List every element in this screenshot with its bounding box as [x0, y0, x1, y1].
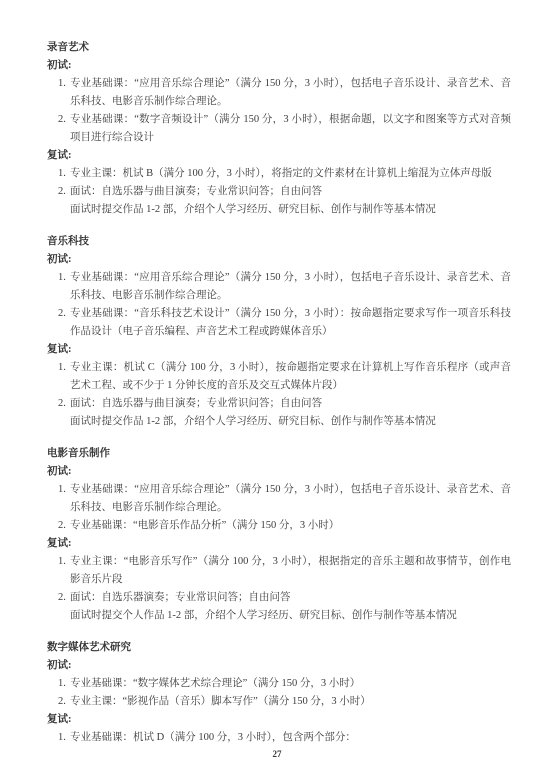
- phase-label: 初试:: [47, 251, 511, 269]
- list-item: 2. 面试：自选乐器演奏；专业常识问答；自由问答: [58, 589, 511, 607]
- item-note: 面试时提交作品 1-2 部，介绍个人学习经历、研究目标、创作与制作等基本情况: [70, 413, 511, 431]
- item-text: 专业基础课：“应用音乐综合理论”（满分 150 分，3 小时），包括电子音乐设计…: [70, 481, 511, 517]
- phase-label: 复试:: [47, 341, 511, 359]
- phase-block-preliminary: 初试: 1. 专业基础课：“数字媒体艺术综合理论”（满分 150 分，3 小时）…: [47, 657, 511, 711]
- phase-block-retest: 复试: 1. 专业基础课：机试 D（满分 100 分，3 小时），包含两个部分：: [47, 711, 511, 747]
- item-text: 面试：自选乐器与曲目演奏；专业常识问答；自由问答: [70, 183, 511, 201]
- item-text: 专业基础课：“应用音乐综合理论”（满分 150 分，3 小时），包括电子音乐设计…: [70, 269, 511, 305]
- list-item: 2. 专业基础课：“数字音频设计”（满分 150 分，3 小时），根据命题，以文…: [58, 111, 511, 147]
- list-item: 1. 专业基础课：“数字媒体艺术综合理论”（满分 150 分，3 小时）: [58, 675, 511, 693]
- item-number: 1.: [58, 359, 70, 395]
- list-item: 2. 专业主课：“影视作品（音乐）脚本写作”（满分 150 分，3 小时）: [58, 693, 511, 711]
- item-number: 1.: [58, 269, 70, 305]
- item-number: 2.: [58, 183, 70, 201]
- phase-block-preliminary: 初试: 1. 专业基础课：“应用音乐综合理论”（满分 150 分，3 小时），包…: [47, 463, 511, 535]
- list-item: 2. 专业基础课：“音乐科技艺术设计”（满分 150 分，3 小时）：按命题指定…: [58, 305, 511, 341]
- phase-label: 初试:: [47, 657, 511, 675]
- section-film-music-production: 电影音乐制作 初试: 1. 专业基础课：“应用音乐综合理论”（满分 150 分，…: [47, 445, 511, 625]
- item-number: 1.: [58, 675, 70, 693]
- item-number: 2.: [58, 517, 70, 535]
- item-number: 1.: [58, 481, 70, 517]
- item-number: 1.: [58, 75, 70, 111]
- item-number: 2.: [58, 589, 70, 607]
- item-number: 2.: [58, 305, 70, 341]
- list-item: 1. 专业基础课：“应用音乐综合理论”（满分 150 分，3 小时），包括电子音…: [58, 75, 511, 111]
- item-text: 专业基础课：“应用音乐综合理论”（满分 150 分，3 小时），包括电子音乐设计…: [70, 75, 511, 111]
- item-number: 2.: [58, 111, 70, 147]
- phase-block-retest: 复试: 1. 专业主课：“电影音乐写作”（满分 100 分，3 小时），根据指定…: [47, 535, 511, 625]
- item-text: 专业主课：“影视作品（音乐）脚本写作”（满分 150 分，3 小时）: [70, 693, 511, 711]
- item-number: 1.: [58, 165, 70, 183]
- phase-block-preliminary: 初试: 1. 专业基础课：“应用音乐综合理论”（满分 150 分，3 小时），包…: [47, 57, 511, 147]
- list-item: 1. 专业基础课：机试 D（满分 100 分，3 小时），包含两个部分：: [58, 729, 511, 747]
- phase-block-retest: 复试: 1. 专业主课：机试 B（满分 100 分，3 小时），将指定的文件素材…: [47, 147, 511, 219]
- item-text: 面试：自选乐器与曲目演奏；专业常识问答；自由问答: [70, 395, 511, 413]
- list-item: 1. 专业主课：机试 B（满分 100 分，3 小时），将指定的文件素材在计算机…: [58, 165, 511, 183]
- list-item: 2. 面试：自选乐器与曲目演奏；专业常识问答；自由问答: [58, 395, 511, 413]
- item-number: 1.: [58, 553, 70, 589]
- phase-label: 初试:: [47, 57, 511, 75]
- list-item: 1. 专业主课：机试 C（满分 100 分，3 小时），按命题指定要求在计算机上…: [58, 359, 511, 395]
- item-text: 专业基础课：“音乐科技艺术设计”（满分 150 分，3 小时）：按命题指定要求写…: [70, 305, 511, 341]
- item-text: 专业基础课：机试 D（满分 100 分，3 小时），包含两个部分：: [70, 729, 511, 747]
- item-text: 专业基础课：“数字媒体艺术综合理论”（满分 150 分，3 小时）: [70, 675, 511, 693]
- list-item: 1. 专业主课：“电影音乐写作”（满分 100 分，3 小时），根据指定的音乐主…: [58, 553, 511, 589]
- item-text: 专业基础课：“电影音乐作品分析”（满分 150 分，3 小时）: [70, 517, 511, 535]
- section-title: 录音艺术: [47, 39, 511, 57]
- list-item: 2. 面试：自选乐器与曲目演奏；专业常识问答；自由问答: [58, 183, 511, 201]
- section-digital-media-art-research: 数字媒体艺术研究 初试: 1. 专业基础课：“数字媒体艺术综合理论”（满分 15…: [47, 639, 511, 747]
- section-title: 数字媒体艺术研究: [47, 639, 511, 657]
- section-title: 电影音乐制作: [47, 445, 511, 463]
- section-recording-arts: 录音艺术 初试: 1. 专业基础课：“应用音乐综合理论”（满分 150 分，3 …: [47, 39, 511, 219]
- item-number: 1.: [58, 729, 70, 747]
- item-note: 面试时提交个人作品 1-2 部，介绍个人学习经历、研究目标、创作与制作等基本情况: [70, 607, 511, 625]
- page-content: 录音艺术 初试: 1. 专业基础课：“应用音乐综合理论”（满分 150 分，3 …: [47, 39, 511, 747]
- list-item: 1. 专业基础课：“应用音乐综合理论”（满分 150 分，3 小时），包括电子音…: [58, 269, 511, 305]
- item-text: 专业基础课：“数字音频设计”（满分 150 分，3 小时），根据命题，以文字和图…: [70, 111, 511, 147]
- phase-label: 复试:: [47, 147, 511, 165]
- item-number: 2.: [58, 395, 70, 413]
- item-text: 专业主课：“电影音乐写作”（满分 100 分，3 小时），根据指定的音乐主题和故…: [70, 553, 511, 589]
- phase-label: 初试:: [47, 463, 511, 481]
- item-text: 专业主课：机试 B（满分 100 分，3 小时），将指定的文件素材在计算机上缩混…: [70, 165, 511, 183]
- list-item: 2. 专业基础课：“电影音乐作品分析”（满分 150 分，3 小时）: [58, 517, 511, 535]
- page-number: 27: [0, 749, 554, 759]
- item-text: 面试：自选乐器演奏；专业常识问答；自由问答: [70, 589, 511, 607]
- section-title: 音乐科技: [47, 233, 511, 251]
- section-music-technology: 音乐科技 初试: 1. 专业基础课：“应用音乐综合理论”（满分 150 分，3 …: [47, 233, 511, 431]
- list-item: 1. 专业基础课：“应用音乐综合理论”（满分 150 分，3 小时），包括电子音…: [58, 481, 511, 517]
- document-page: 录音艺术 初试: 1. 专业基础课：“应用音乐综合理论”（满分 150 分，3 …: [0, 0, 554, 784]
- phase-label: 复试:: [47, 711, 511, 729]
- phase-block-retest: 复试: 1. 专业主课：机试 C（满分 100 分，3 小时），按命题指定要求在…: [47, 341, 511, 431]
- phase-block-preliminary: 初试: 1. 专业基础课：“应用音乐综合理论”（满分 150 分，3 小时），包…: [47, 251, 511, 341]
- item-number: 2.: [58, 693, 70, 711]
- item-note: 面试时提交作品 1-2 部，介绍个人学习经历、研究目标、创作与制作等基本情况: [70, 201, 511, 219]
- phase-label: 复试:: [47, 535, 511, 553]
- item-text: 专业主课：机试 C（满分 100 分，3 小时），按命题指定要求在计算机上写作音…: [70, 359, 511, 395]
